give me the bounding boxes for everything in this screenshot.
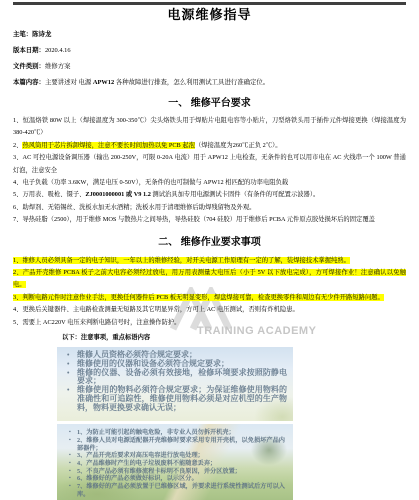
- page-title: 电源维修指导: [13, 7, 406, 23]
- slide-bullet: •维修使用的物料必须符合规定要求；为保证维修使用物料的准确性和可追踪性，维修使用…: [67, 386, 287, 412]
- bullet-text: 1、为防止可能引起的触电危险，非专业人员勿拆开机壳；: [77, 429, 285, 437]
- bullet-text: 4、产品维修时产生的电子垃圾废料不能随意丢弃；: [77, 460, 285, 468]
- slide-bullet: ▪7、维修好的产品必须放置于已维修区域，并要求进行系统性测试后方可以入库。: [69, 483, 285, 498]
- item-highlighted-text: 维修人员必须具备一定的电子知识，一年以上的维修经验，对开关电源工作原理有一定的了…: [22, 257, 349, 264]
- item-text: 助焊剂、无铅锡丝、洗板水加无水酒精；洗板水用于清理维修后助焊残留物及外观。: [22, 204, 255, 211]
- list-item: 3、判断电路元件时注意作业手法，更换任何器件后 PCB 板无明显变形，焊盘焊接可…: [13, 292, 406, 304]
- item-text: 测试治具加专用电源测试卡固件（有条件的可配置示波器）。: [151, 191, 319, 198]
- bullet-icon: •: [67, 351, 77, 360]
- item-highlighted-text: 判断电路元件时注意作业手法，更换任何器件后 PCB 板无明显变形，焊盘焊接可靠，…: [22, 294, 383, 301]
- slide-bullet: ▪3、产品开壳后要求对高压电容进行放电处理；: [69, 452, 285, 460]
- section1-list: 1、恒温烙铁 80W 以上（焊接温度为 300-350℃）尖头烙铁头用于焊贴片电…: [13, 115, 406, 227]
- bullet-text: 7、维修好的产品必须放置于已维修区域，并要求进行系统性测试后方可以入库。: [77, 483, 285, 498]
- bullet-icon: ▪: [69, 483, 77, 498]
- section1-heading: 一、 维修平台要求: [13, 97, 406, 110]
- slide-bullet: •维修的仪器、设备必须有效接地，检修环境要求按照防静电要求；: [67, 369, 287, 387]
- meta-filetype-value: 维修方案: [45, 63, 71, 70]
- item-text: 恒温烙铁 80W 以上（焊接温度为 300-350℃）尖头烙铁头用于焊贴片电阻电…: [13, 117, 406, 136]
- bullet-text: 维修使用的物料必须符合规定要求；为保证维修使用物料的准确性和可追踪性，维修使用物…: [77, 386, 287, 412]
- meta-summary-pre: 主要讲述对 电源: [45, 79, 93, 86]
- bullet-icon: ▪: [69, 468, 77, 476]
- item-bold-text: ZJ0001000001 或 V9 1.2: [85, 191, 150, 198]
- list-item: 7、导热硅脂（2500），用于维修 MOS 与散热片之间导热，导热硅胶（704 …: [13, 214, 406, 226]
- bullet-icon: ▪: [69, 452, 77, 460]
- bullet-icon: •: [67, 360, 77, 369]
- item-highlighted-text: 产品开壳维修 PCBA 板子之前大电容必须经过放电，用万用表测量大电压后（小于 …: [13, 269, 406, 288]
- slide-bullet: ▪4、产品维修时产生的电子垃圾废料不能随意丢弃；: [69, 460, 285, 468]
- meta-author-value: 陈诗龙: [32, 31, 51, 38]
- item-text: 更换后关键器件、主电路检查测量无短路及其它明显异常，方可上 AC 电压测试，否则…: [22, 306, 298, 313]
- bullet-text: 6、维修好的产品必须做好标识，以示区分。: [77, 475, 285, 483]
- meta-version-value: 2020.4.16: [45, 47, 71, 54]
- meta-filetype-label: 文件类别：: [13, 63, 45, 70]
- slide-image-safety-rules: ▪1、为防止可能引起的触电危险，非专业人员勿拆开机壳； ▪2、维修人员对电源适配…: [57, 424, 293, 500]
- bullet-icon: •: [67, 386, 77, 412]
- bullet-icon: ▪: [69, 475, 77, 483]
- slide-bullet: ▪6、维修好的产品必须做好标识，以示区分。: [69, 475, 285, 483]
- notes-caption: 以下：注意事项，重点标语内容: [62, 333, 406, 343]
- item-highlighted-text: 热风筒用于芯片拆卸焊接，注意不要长时间加热以免 PCB 起泡: [22, 142, 194, 149]
- bullet-text: 2、维修人员对电源适配器开壳维修时要求采用专用开壳机，以免损坏产品内部器件；: [77, 437, 285, 452]
- document-meta: 主笔：陈诗龙 版本日期：2020.4.16 文件类别：维修方案 本篇内容：主要讲…: [13, 27, 406, 91]
- item-text: 需要上 AC220V 电压来判断电路信号时，注意操作防护。: [22, 319, 180, 326]
- list-item: 1、恒温烙铁 80W 以上（焊接温度为 300-350℃）尖头烙铁头用于焊贴片电…: [13, 115, 406, 140]
- section2-list: 1、维修人员必须具备一定的电子知识，一年以上的维修经验，对开关电源工作原理有一定…: [13, 255, 406, 329]
- meta-summary-model: APW12: [93, 79, 114, 86]
- meta-file-type: 文件类别：维修方案: [13, 59, 406, 75]
- meta-author: 主笔：陈诗龙: [13, 27, 406, 43]
- item-text: （焊接温度为260℃正负 2℃）。: [195, 142, 282, 149]
- item-text: AC 可控电源设备调压器（输出 200-250V，可限 0-20A 电流）用于 …: [13, 154, 406, 173]
- item-text: 电子负载（功率 3.6KW，满足电压 0-50V），无条件的也可制做与 APW1…: [22, 179, 288, 186]
- meta-summary-tail: 各种故障进行排查，怎么利用测试工具进行准确定位。: [114, 79, 269, 86]
- document-content: 电源维修指导 主笔：陈诗龙 版本日期：2020.4.16 文件类别：维修方案 本…: [0, 0, 419, 500]
- item-number: 2、: [13, 269, 23, 276]
- meta-author-label: 主笔：: [13, 31, 32, 38]
- item-number: 1、: [13, 117, 23, 124]
- item-text: 导热硅脂（2500），用于维修 MOS 与散热片之间导热，导热硅胶（704 硅胶…: [22, 216, 374, 223]
- list-item: 4、电子负载（功率 3.6KW，满足电压 0-50V），无条件的也可制做与 AP…: [13, 177, 406, 189]
- bullet-text: 3、产品开壳后要求对高压电容进行放电处理；: [77, 452, 285, 460]
- meta-summary-label: 本篇内容：: [13, 79, 45, 86]
- bullet-icon: •: [67, 369, 77, 387]
- list-item: 1、维修人员必须具备一定的电子知识，一年以上的维修经验，对开关电源工作原理有一定…: [13, 255, 406, 267]
- bullet-icon: ▪: [69, 437, 77, 452]
- item-number: 3、: [13, 154, 23, 161]
- list-item: 4、更换后关键器件、主电路检查测量无短路及其它明显异常，方可上 AC 电压测试，…: [13, 304, 406, 316]
- meta-summary: 本篇内容：主要讲述对 电源 APW12 各种故障进行排查，怎么利用测试工具进行准…: [13, 75, 406, 91]
- slide-bullet: ▪2、维修人员对电源适配器开壳维修时要求采用专用开壳机，以免损坏产品内部器件；: [69, 437, 285, 452]
- list-item: 5、万用表、吸枪、镊子、ZJ0001000001 或 V9 1.2 测试治具加专…: [13, 189, 406, 201]
- section2-heading: 二、 维修作业要求事项: [13, 236, 406, 249]
- item-text: 万用表、吸枪、镊子、: [22, 191, 85, 198]
- list-item: 5、需要上 AC220V 电压来判断电路信号时，注意操作防护。: [13, 317, 406, 329]
- list-item: 6、助焊剂、无铅锡丝、洗板水加无水酒精；洗板水用于清理维修后助焊残留物及外观。: [13, 202, 406, 214]
- bullet-icon: ▪: [69, 429, 77, 437]
- list-item: 2、产品开壳维修 PCBA 板子之前大电容必须经过放电，用万用表测量大电压后（小…: [13, 267, 406, 292]
- bullet-icon: ▪: [69, 460, 77, 468]
- list-item: 3、AC 可控电源设备调压器（输出 200-250V，可限 0-20A 电流）用…: [13, 152, 406, 177]
- meta-version-date: 版本日期：2020.4.16: [13, 43, 406, 59]
- bullet-text: 维修的仪器、设备必须有效接地，检修环境要求按照防静电要求；: [77, 369, 287, 387]
- slide-bullet: ▪1、为防止可能引起的触电危险，非专业人员勿拆开机壳；: [69, 429, 285, 437]
- document-page: TRAINING ACADEMY 电源维修指导 主笔：陈诗龙 版本日期：2020…: [0, 0, 419, 500]
- slide-image-key-points: •维修人员资格必须符合规定要求； •维修使用的仪器和设备必须符合规定要求； •维…: [57, 347, 293, 421]
- meta-version-label: 版本日期：: [13, 47, 45, 54]
- list-item: 2、热风筒用于芯片拆卸焊接，注意不要长时间加热以免 PCB 起泡（焊接温度为26…: [13, 140, 406, 152]
